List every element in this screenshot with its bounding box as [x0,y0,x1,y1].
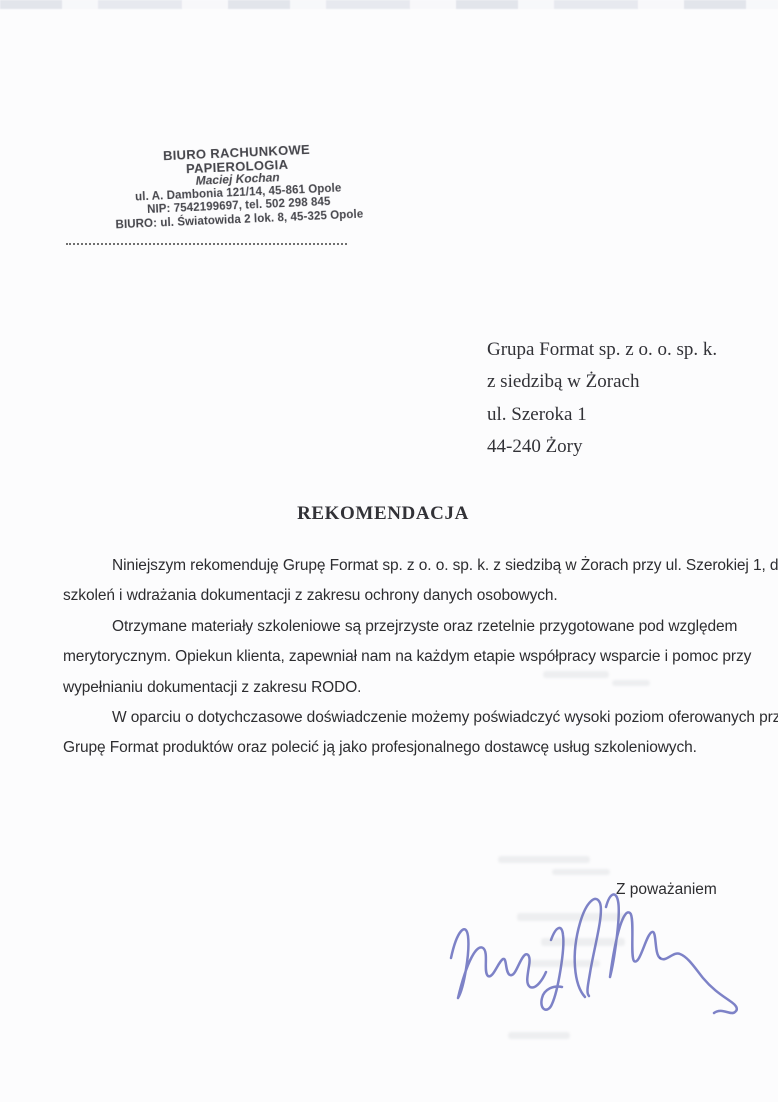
recipient-company: Grupa Format sp. z o. o. sp. k. [487,334,717,366]
document-title: REKOMENDACJA [63,503,703,525]
bleed-through-mark [508,1032,570,1039]
letter-body: Niniejszym rekomenduję Grupę Format sp. … [63,551,763,764]
recipient-postcode: 44-240 Żory [487,431,717,463]
body-line: Otrzymane materiały szkoleniowe są przej… [63,612,763,642]
handwritten-signature [445,886,750,1026]
bleed-through-mark [543,671,609,678]
stamp-placement-dotted-line [66,237,347,245]
company-stamp: BIURO RACHUNKOWE PAPIEROLOGIA Maciej Koc… [102,140,373,233]
scanned-letter-page: BIURO RACHUNKOWE PAPIEROLOGIA Maciej Koc… [0,0,778,1102]
body-line: W oparciu o dotychczasowe doświadczenie … [63,703,763,733]
recipient-address-block: Grupa Format sp. z o. o. sp. k. z siedzi… [487,334,717,464]
stamp-office-label: BIURO: [115,218,157,232]
bleed-through-mark [528,960,600,967]
recipient-street: ul. Szeroka 1 [487,399,717,431]
scanner-edge-artifact [0,0,778,9]
body-line: szkoleń i wdrażania dokumentacji z zakre… [63,581,763,611]
body-line: Grupę Format produktów oraz polecić ją j… [63,733,763,763]
bleed-through-mark [552,869,610,875]
body-line: merytorycznym. Opiekun klienta, zapewnia… [63,642,763,672]
recipient-city: z siedzibą w Żorach [487,366,717,398]
bleed-through-mark [541,938,625,946]
bleed-through-mark [612,680,650,686]
bleed-through-mark [517,913,625,921]
bleed-through-mark [498,856,590,863]
body-line: Niniejszym rekomenduję Grupę Format sp. … [63,551,763,581]
body-line: wypełnianiu dokumentacji z zakresu RODO. [63,673,763,703]
